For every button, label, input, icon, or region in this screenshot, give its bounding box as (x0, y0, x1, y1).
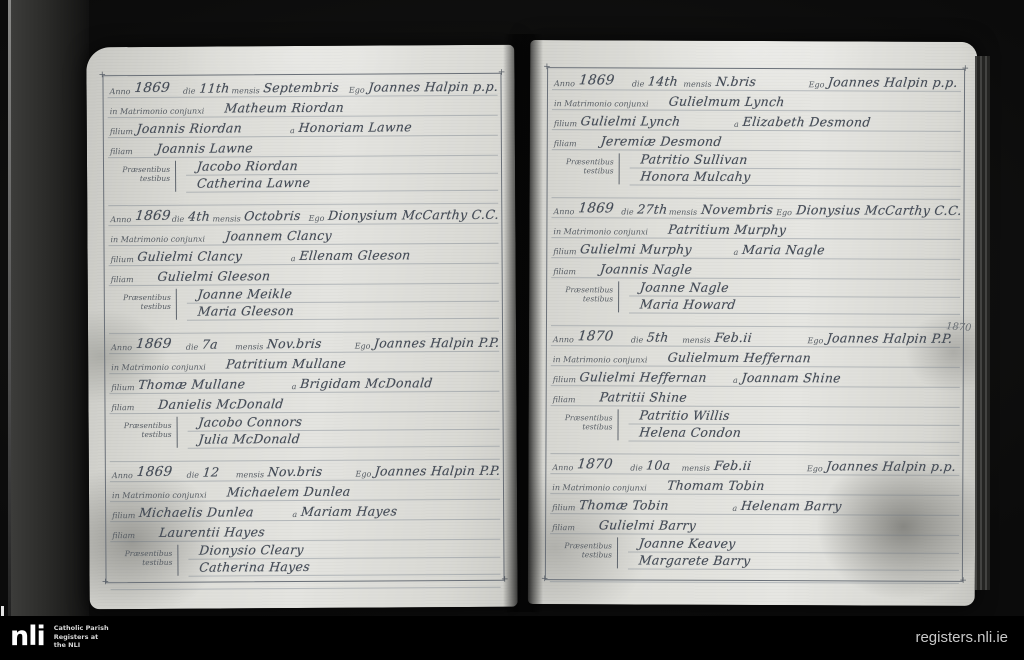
priest-name: Joannes Halpin p.p. (826, 458, 961, 475)
die-value: 7a (201, 336, 234, 352)
witnesses-block: Præsentibus testibus Joanne Meikle Maria… (109, 285, 499, 321)
witness-line: Dionysio Cleary (188, 541, 500, 560)
die-value: 11th (198, 80, 231, 96)
witness2-name: Maria Gleeson (197, 303, 295, 320)
label-ego: Ego (807, 80, 828, 90)
witness-line: Catherina Hayes (188, 558, 500, 577)
anno-value: 1869 (136, 464, 186, 481)
witness-lines: Jacobo Riordan Catherina Lawne (186, 157, 498, 193)
groom-father-name: Joannis Riordan (136, 120, 290, 137)
label-die: die (181, 87, 198, 97)
label-conjunxi: in Matrimonio conjunxi (109, 363, 209, 374)
witness-lines: Patritio Willis Helena Condon (628, 407, 959, 442)
label-filiam: filiam (110, 531, 138, 541)
label-testibus-line2: testibus (583, 295, 613, 304)
die-value: 5th (646, 330, 682, 346)
witness-line: Julia McDonald (188, 430, 500, 449)
label-mensis: mensis (233, 342, 266, 352)
label-filium: filium (552, 119, 580, 129)
groom-father-name: Michaelis Dunlea (138, 504, 292, 521)
label-die: die (185, 471, 202, 481)
label-anno: Anno (109, 343, 135, 353)
label-conjunxi: in Matrimonio conjunxi (551, 227, 651, 237)
priest-name: Dionysius McCarthy C.C. (795, 202, 962, 219)
witness-line: Margarete Barry (628, 552, 959, 570)
anno-value: 1869 (577, 200, 621, 217)
register-entry: Anno 1869 die 4th mensis Octobris Ego Di… (108, 204, 499, 334)
mensis-value: Octobris (244, 208, 308, 224)
entry-parents-line: filium Gulielmi Lynch a Elizabeth Desmon… (552, 110, 961, 132)
label-testibus-line1: Præsentibus (565, 413, 613, 422)
label-testibus: Præsentibus testibus (109, 287, 171, 321)
witnesses-block: Præsentibus testibus Patritio Sullivan H… (552, 151, 961, 187)
label-testibus: Præsentibus testibus (551, 279, 613, 313)
label-testibus-line2: testibus (142, 558, 172, 567)
label-filiam: filiam (552, 139, 580, 149)
die-value: 27th (637, 202, 669, 218)
witness-lines: Joanne Keavey Margarete Barry (628, 535, 959, 570)
entry-date-line: Anno 1869 die 12 mensis Nov.bris Ego Joa… (110, 460, 500, 482)
label-anno: Anno (550, 463, 576, 473)
anno-value: 1869 (134, 208, 171, 225)
label-anno: Anno (552, 79, 578, 89)
mensis-value: Nov.bris (266, 336, 354, 353)
label-conjunxi: in Matrimonio conjunxi (108, 107, 208, 118)
die-value: 12 (202, 464, 235, 480)
nli-logo: nli (10, 622, 45, 652)
entry-bride-father-line: filiam Gulielmi Gleeson (109, 264, 499, 286)
label-testibus-line2: testibus (582, 423, 612, 432)
label-testibus: Præsentibus testibus (110, 543, 172, 577)
label-anno: Anno (108, 87, 134, 97)
label-die: die (619, 207, 636, 217)
witness-bracket (176, 289, 182, 320)
mensis-value: Feb.ii (713, 458, 807, 474)
groom-father-name: Gulielmi Heffernan (579, 369, 733, 386)
register-entry: Anno 1869 die 12 mensis Nov.bris Ego Joa… (110, 460, 501, 590)
witness1-name: Patritio Sullivan (640, 152, 749, 168)
label-testibus-line1: Præsentibus (565, 285, 613, 294)
nli-caption-line1: Catholic Parish (54, 624, 109, 632)
die-value: 10a (646, 458, 682, 474)
witnesses-block: Præsentibus testibus Joanne Keavey Marga… (550, 535, 959, 571)
witness-bracket (619, 153, 625, 184)
label-et: a (288, 126, 298, 136)
entry-bride-father-line: filiam Joannis Lawne (108, 136, 498, 158)
witness-bracket (618, 281, 624, 312)
witness-lines: Joanne Meikle Maria Gleeson (187, 285, 499, 321)
priest-name: Joannes Halpin P.P. (373, 335, 500, 352)
witness1-name: Joanne Meikle (197, 286, 293, 303)
anno-value: 1870 (576, 456, 630, 473)
label-ego: Ego (805, 464, 826, 474)
label-testibus: Præsentibus testibus (110, 415, 172, 449)
corner-mark: + (543, 63, 551, 72)
label-testibus-line1: Præsentibus (124, 421, 172, 430)
bride-father-name: Gulielmi Barry (598, 517, 697, 533)
priest-name: Joannes Halpin p.p. (827, 74, 962, 91)
label-anno: Anno (551, 207, 577, 217)
book-edge-shadow (11, 0, 89, 616)
entry-date-line: Anno 1869 die 4th mensis Octobris Ego Di… (108, 204, 498, 226)
label-mensis: mensis (234, 470, 267, 480)
mensis-value: Nov.bris (267, 464, 355, 481)
label-ego: Ego (353, 470, 374, 480)
register-entry: Anno 1869 die 7a mensis Nov.bris Ego Joa… (109, 332, 500, 462)
label-mensis: mensis (210, 214, 243, 224)
bride-name: Honoriam Lawne (298, 119, 500, 136)
entry-date-line: Anno 1870 die 5th mensis Feb.ii Ego Joan… (551, 326, 960, 348)
witness2-name: Helena Condon (638, 425, 742, 441)
label-anno: Anno (110, 471, 136, 481)
entry-bride-father-line: filiam Patritii Shine (551, 386, 960, 408)
bride-father-name: Patritii Shine (598, 389, 687, 405)
label-filiam: filiam (550, 523, 578, 533)
witness2-name: Catherina Hayes (199, 559, 311, 576)
label-filiam: filiam (109, 403, 137, 413)
corner-mark: + (102, 578, 110, 587)
entry-bride-father-line: filiam Jeremiæ Desmond (552, 130, 961, 152)
entry-date-line: Anno 1869 die 11th mensis Septembris Ego… (107, 76, 497, 98)
bride-name: Elizabeth Desmond (742, 114, 963, 131)
label-filium: filium (551, 375, 579, 385)
priest-name: Joannes Halpin P.P. (374, 463, 501, 480)
footer-bar: nli Catholic Parish Registers at the NLI… (0, 616, 1024, 660)
witnesses-block: Præsentibus testibus Joanne Nagle Maria … (551, 279, 960, 315)
register-page-left: + + + + Anno 1869 die 11th mensis Septem… (86, 45, 517, 610)
entries-right: Anno 1869 die 14th mensis N.bris Ego Joa… (550, 70, 961, 579)
witness-bracket (177, 417, 183, 448)
witnesses-block: Præsentibus testibus Patritio Willis Hel… (550, 407, 959, 443)
label-filiam: filiam (551, 395, 579, 405)
bride-father-name: Joannis Nagle (599, 261, 693, 277)
scan-background: + + + + Anno 1869 die 11th mensis Septem… (0, 0, 1024, 616)
witness-bracket (175, 161, 181, 192)
label-filium: filium (550, 503, 578, 513)
bride-name: Maria Nagle (741, 242, 962, 259)
witness1-name: Joanne Nagle (639, 280, 730, 296)
bride-father-name: Jeremiæ Desmond (600, 133, 723, 150)
label-filium: filium (110, 511, 138, 521)
label-mensis: mensis (680, 464, 713, 474)
witness2-name: Maria Howard (639, 297, 737, 313)
groom-name: Thomam Tobin (666, 478, 765, 494)
label-ego: Ego (353, 342, 374, 352)
label-filium: filium (109, 255, 137, 265)
entry-groom-line: in Matrimonio conjunxi Joannem Clancy (108, 224, 498, 246)
entry-groom-line: in Matrimonio conjunxi Thomam Tobin (550, 474, 959, 496)
register-page-right: + + + + Anno 1869 die 14th mensis N.bris… (528, 40, 977, 606)
entry-date-line: Anno 1869 die 7a mensis Nov.bris Ego Joa… (109, 332, 499, 354)
groom-name: Patritium Mullane (225, 356, 347, 373)
witness-line: Patritio Willis (629, 407, 960, 425)
entry-groom-line: in Matrimonio conjunxi Gulielmum Lynch (552, 90, 961, 112)
groom-father-name: Thomæ Mullane (138, 376, 292, 393)
groom-name: Gulielmum Heffernan (666, 350, 811, 367)
entry-parents-line: filium Gulielmi Clancy a Ellenam Gleeson (109, 244, 499, 266)
entry-groom-line: in Matrimonio conjunxi Michaelem Dunlea (110, 480, 500, 502)
label-testibus: Præsentibus testibus (552, 151, 614, 185)
priest-name: Dionysium McCarthy C.C. (327, 207, 500, 224)
witness-bracket (617, 537, 623, 568)
label-testibus-line1: Præsentibus (125, 549, 173, 558)
label-testibus-line2: testibus (583, 167, 613, 176)
entry-parents-line: filium Joannis Riordan a Honoriam Lawne (108, 116, 498, 138)
label-filium: filium (108, 127, 136, 137)
entry-groom-line: in Matrimonio conjunxi Patritium Mullane (109, 352, 499, 374)
label-ego: Ego (805, 336, 826, 346)
entries-left: Anno 1869 die 11th mensis Septembris Ego… (107, 76, 500, 580)
register-entry: Anno 1869 die 27th mensis Novembris Ego … (551, 198, 961, 328)
label-et: a (730, 504, 740, 514)
site-watermark: registers.nli.ie (915, 629, 1008, 646)
witnesses-block: Præsentibus testibus Jacobo Riordan Cath… (108, 157, 498, 193)
bride-father-name: Danielis McDonald (157, 396, 284, 413)
corner-mark: + (98, 71, 106, 80)
label-ego: Ego (347, 86, 368, 96)
anno-value: 1869 (135, 336, 185, 353)
witness-line: Joanne Nagle (629, 279, 960, 297)
register-entry: Anno 1870 die 10a mensis Feb.ii Ego Joan… (550, 454, 960, 584)
mensis-value: Novembris (700, 202, 776, 218)
entry-parents-line: filium Gulielmi Murphy a Maria Nagle (551, 238, 960, 260)
die-value: 14th (647, 74, 683, 90)
entry-bride-father-line: filiam Gulielmi Barry (550, 514, 959, 536)
groom-name: Gulielmum Lynch (668, 94, 786, 110)
priest-name: Joannes Halpin P.P. (826, 330, 961, 347)
witness2-name: Honora Mulcahy (640, 169, 752, 185)
mensis-value: Feb.ii (713, 330, 807, 346)
label-filiam: filiam (108, 147, 136, 157)
label-mensis: mensis (667, 208, 700, 218)
register-entry: Anno 1869 die 14th mensis N.bris Ego Joa… (552, 70, 962, 200)
entry-parents-line: filium Gulielmi Heffernan a Joannam Shin… (551, 366, 960, 388)
witness1-name: Patritio Willis (639, 408, 731, 424)
witness2-name: Margarete Barry (638, 553, 751, 569)
label-conjunxi: in Matrimonio conjunxi (550, 483, 650, 493)
label-testibus-line2: testibus (141, 302, 171, 311)
bride-father-name: Laurentii Hayes (158, 524, 266, 541)
label-testibus-line1: Præsentibus (564, 541, 612, 550)
blank-ruled-line (550, 569, 959, 584)
groom-father-name: Thomæ Tobin (578, 497, 732, 514)
mensis-value: N.bris (715, 74, 809, 90)
label-et: a (731, 376, 741, 386)
groom-father-name: Gulielmi Lynch (580, 113, 734, 130)
book-spine-shadow (503, 34, 543, 612)
anno-value: 1869 (133, 80, 182, 97)
groom-name: Matheum Riordan (223, 100, 344, 117)
label-anno: Anno (108, 215, 134, 225)
entry-groom-line: in Matrimonio conjunxi Matheum Riordan (108, 96, 498, 118)
entry-parents-line: filium Thomæ Mullane a Brigidam McDonald (109, 372, 499, 394)
label-ego: Ego (774, 208, 795, 218)
anno-value: 1869 (578, 72, 632, 89)
label-conjunxi: in Matrimonio conjunxi (551, 355, 651, 365)
nli-caption: Catholic Parish Registers at the NLI (54, 624, 109, 649)
label-filium: filium (109, 383, 137, 393)
die-value: 4th (187, 209, 212, 225)
bride-father-name: Joannis Lawne (156, 140, 254, 157)
entry-bride-father-line: filiam Joannis Nagle (551, 258, 960, 280)
priest-name: Joannes Halpin p.p. (368, 79, 499, 96)
register-entry: Anno 1870 die 5th mensis Feb.ii Ego Joan… (550, 326, 960, 456)
groom-father-name: Gulielmi Clancy (137, 248, 291, 265)
entry-parents-line: filium Michaelis Dunlea a Mariam Hayes (110, 500, 500, 522)
year-margin-note: 1870 (946, 321, 972, 334)
register-viewer: + + + + Anno 1869 die 11th mensis Septem… (0, 0, 1024, 660)
bride-name: Helenam Barry (740, 498, 961, 515)
label-filium: filium (551, 247, 579, 257)
witness-line: Maria Gleeson (187, 302, 499, 321)
witness1-name: Joanne Keavey (638, 536, 736, 552)
label-conjunxi: in Matrimonio conjunxi (108, 235, 208, 246)
witness-line: Jacobo Riordan (186, 157, 498, 176)
anno-value: 1870 (577, 328, 631, 345)
witness-lines: Jacobo Connors Julia McDonald (188, 413, 500, 449)
blank-ruled-line (111, 575, 501, 590)
witness-lines: Dionysio Cleary Catherina Hayes (188, 541, 500, 577)
label-anno: Anno (551, 335, 577, 345)
label-filiam: filiam (109, 275, 137, 285)
witness1-name: Jacobo Connors (198, 414, 303, 431)
label-et: a (290, 510, 300, 520)
entry-groom-line: in Matrimonio conjunxi Gulielmum Heffern… (551, 346, 960, 368)
nli-caption-line3: the NLI (54, 641, 80, 649)
entry-bride-father-line: filiam Laurentii Hayes (110, 520, 500, 542)
corner-mark: + (959, 577, 967, 586)
label-testibus: Præsentibus testibus (550, 407, 612, 441)
label-testibus: Præsentibus testibus (108, 159, 170, 193)
witnesses-block: Præsentibus testibus Dionysio Cleary Cat… (110, 541, 500, 577)
label-et: a (732, 120, 742, 130)
entry-date-line: Anno 1869 die 14th mensis N.bris Ego Joa… (552, 70, 961, 92)
label-testibus-line1: Præsentibus (122, 165, 170, 174)
label-et: a (290, 382, 300, 392)
label-conjunxi: in Matrimonio conjunxi (552, 99, 652, 109)
witness1-name: Dionysio Cleary (198, 542, 304, 559)
label-mensis: mensis (681, 80, 714, 90)
witnesses-block: Præsentibus testibus Jacobo Connors Juli… (110, 413, 500, 449)
label-filiam: filiam (551, 267, 579, 277)
label-conjunxi: in Matrimonio conjunxi (110, 491, 210, 502)
label-testibus-line2: testibus (140, 174, 170, 183)
bride-name: Ellenam Gleeson (299, 247, 501, 264)
groom-name: Patritium Murphy (667, 222, 787, 239)
groom-father-name: Gulielmi Murphy (579, 241, 733, 258)
form-frame: + + + + Anno 1869 die 11th mensis Septem… (102, 73, 504, 583)
label-die: die (629, 335, 646, 345)
page-stack-edge (975, 56, 990, 590)
label-testibus-line1: Præsentibus (123, 293, 171, 302)
form-frame: + + + + Anno 1869 die 14th mensis N.bris… (545, 67, 965, 582)
label-mensis: mensis (680, 336, 713, 346)
label-testibus-line1: Præsentibus (566, 157, 614, 166)
witness-line: Jacobo Connors (188, 413, 500, 432)
label-et: a (289, 254, 299, 264)
witness-line: Patritio Sullivan (630, 151, 961, 169)
label-testibus-line2: testibus (141, 430, 171, 439)
groom-name: Michaelem Dunlea (226, 484, 351, 501)
witness-line: Joanne Meikle (187, 285, 499, 304)
witness-bracket (177, 545, 183, 576)
label-mensis: mensis (229, 86, 262, 96)
witness1-name: Jacobo Riordan (196, 158, 299, 175)
groom-name: Joannem Clancy (224, 228, 332, 245)
corner-mark: + (962, 65, 970, 74)
entry-bride-father-line: filiam Danielis McDonald (109, 392, 499, 414)
nli-branding: nli Catholic Parish Registers at the NLI (10, 622, 109, 652)
label-ego: Ego (307, 214, 328, 224)
entry-date-line: Anno 1870 die 10a mensis Feb.ii Ego Joan… (550, 454, 959, 476)
entry-groom-line: in Matrimonio conjunxi Patritium Murphy (551, 218, 960, 240)
label-die: die (170, 215, 187, 225)
nli-caption-line2: Registers at (54, 633, 99, 641)
witness2-name: Catherina Lawne (196, 175, 311, 192)
witness2-name: Julia McDonald (198, 431, 301, 448)
bride-name: Brigidam McDonald (299, 375, 501, 392)
bride-name: Mariam Hayes (300, 503, 502, 520)
entry-date-line: Anno 1869 die 27th mensis Novembris Ego … (551, 198, 960, 220)
witness-line: Helena Condon (628, 424, 959, 442)
witness-line: Maria Howard (629, 296, 960, 314)
register-entry: Anno 1869 die 11th mensis Septembris Ego… (107, 76, 498, 206)
witness-line: Joanne Keavey (628, 535, 959, 553)
label-die: die (630, 79, 647, 89)
witness-lines: Patritio Sullivan Honora Mulcahy (630, 151, 961, 186)
entry-parents-line: filium Thomæ Tobin a Helenam Barry (550, 494, 959, 516)
bride-name: Joannam Shine (741, 370, 962, 387)
witness-line: Honora Mulcahy (630, 168, 961, 186)
witness-bracket (617, 409, 623, 440)
label-die: die (628, 463, 645, 473)
mensis-value: Septembris (263, 80, 349, 97)
label-et: a (731, 248, 741, 258)
bride-father-name: Gulielmi Gleeson (157, 268, 271, 285)
witness-line: Catherina Lawne (186, 174, 498, 193)
label-testibus: Præsentibus testibus (550, 535, 612, 569)
label-testibus-line2: testibus (582, 551, 612, 560)
label-die: die (184, 343, 201, 353)
witness-lines: Joanne Nagle Maria Howard (629, 279, 960, 314)
